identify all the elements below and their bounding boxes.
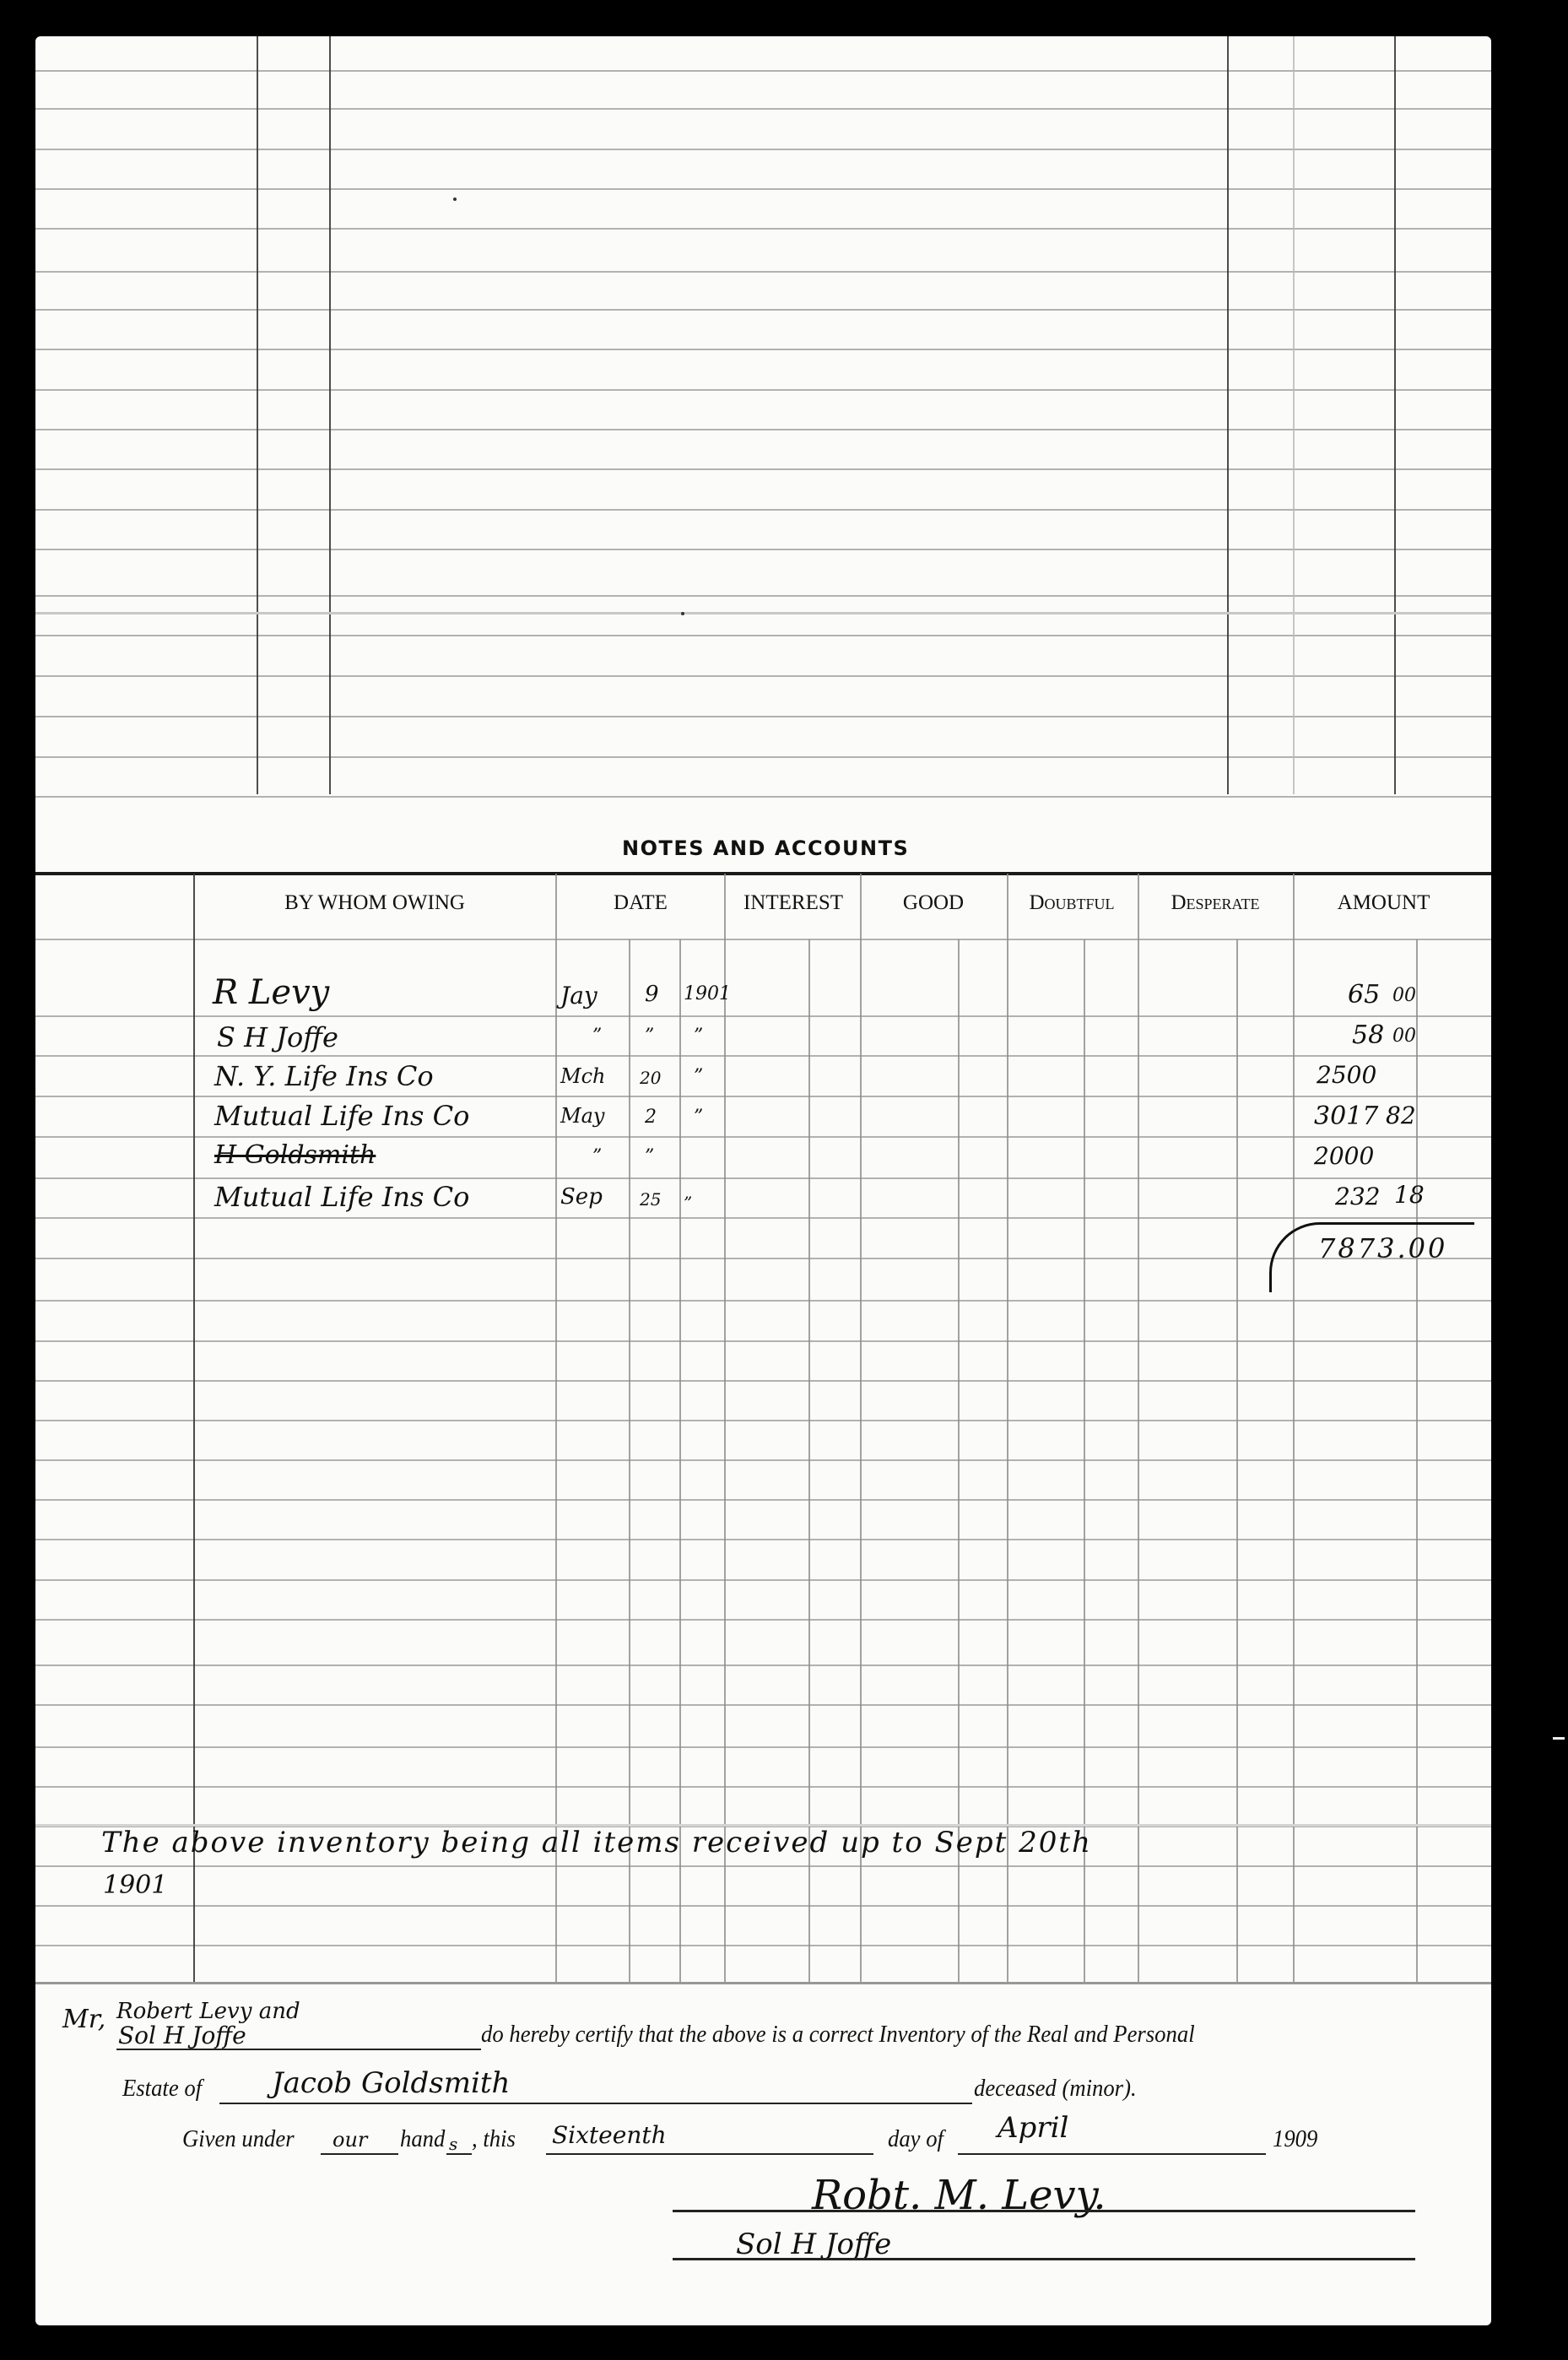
date-day: 9 — [645, 982, 659, 1007]
signature-line-1 — [673, 2210, 1415, 2212]
signature-line-2 — [673, 2258, 1415, 2260]
amount-cents: 18 — [1394, 1181, 1425, 1209]
amount-dollars: 58 — [1352, 1020, 1384, 1050]
column-header-by-whom-owing: BY WHOM OWING — [193, 891, 556, 915]
inventory-note-line2: 1901 — [103, 1870, 167, 1900]
amount-dollars: 2000 — [1314, 1142, 1374, 1170]
edge-mark — [1553, 1737, 1565, 1740]
date-year: ” — [694, 1066, 703, 1087]
hands-suffix: s — [449, 2134, 457, 2154]
this-text: , this — [472, 2125, 516, 2153]
column-header-interest: INTEREST — [726, 891, 861, 915]
amount-cents: 00 — [1392, 985, 1416, 1006]
cert-names-line1: Robert Levy and — [116, 1999, 300, 2024]
inventory-note-line1: The above inventory being all items rece… — [101, 1826, 1092, 1859]
column-header-doubtful: Doubtful — [1006, 891, 1138, 915]
signature-2: Sol H Joffe — [736, 2227, 891, 2261]
amount-total: 7873.00 — [1318, 1232, 1447, 1264]
date-year: ” — [694, 1107, 703, 1128]
section-rule — [35, 872, 1491, 875]
date-day: 2 — [645, 1107, 657, 1128]
year-text: 1909 — [1273, 2125, 1317, 2153]
amount-dollars: 232 — [1335, 1183, 1380, 1210]
cert-names-line2: Sol H Joffe — [118, 2022, 246, 2049]
column-header-date: DATE — [556, 891, 725, 915]
owing-name: Mutual Life Ins Co — [214, 1100, 469, 1132]
date-year: ” — [694, 1026, 703, 1047]
date-month: ” — [592, 1146, 602, 1167]
date-year: 1901 — [684, 983, 731, 1004]
page-fold — [35, 612, 1491, 614]
estate-name: Jacob Goldsmith — [272, 2066, 510, 2100]
month-value: April — [998, 2111, 1068, 2145]
amount-cents: 82 — [1386, 1102, 1416, 1129]
section-title: NOTES AND ACCOUNTS — [622, 836, 909, 860]
date-month: Sep — [560, 1184, 603, 1210]
date-month: Jay — [560, 982, 597, 1009]
given-under-value: our — [333, 2128, 367, 2152]
date-month: Mch — [560, 1064, 605, 1088]
owing-name: H Goldsmith — [214, 1140, 376, 1170]
day-of-text: day of — [888, 2125, 944, 2153]
amount-dollars: 3017 — [1314, 1102, 1378, 1131]
column-header-good: GOOD — [861, 891, 1006, 915]
deceased-text: deceased (minor). — [974, 2075, 1137, 2103]
date-month: ” — [592, 1026, 602, 1047]
day-value: Sixteenth — [552, 2121, 667, 2149]
owing-name: Mutual Life Ins Co — [214, 1181, 469, 1213]
estate-label: Estate of — [122, 2075, 202, 2103]
column-header-desperate: Desperate — [1138, 891, 1293, 915]
date-month: May — [560, 1104, 604, 1128]
amount-dollars: 2500 — [1317, 1061, 1376, 1089]
given-under-text: Given under — [182, 2125, 295, 2153]
date-day: 20 — [640, 1068, 661, 1088]
date-year: ” — [684, 1193, 692, 1213]
column-header-amount: AMOUNT — [1293, 891, 1474, 915]
date-day: ” — [645, 1146, 654, 1167]
owing-name: R Levy — [213, 973, 329, 1012]
cert-prefix: Mr, — [62, 2005, 105, 2034]
amount-cents: 00 — [1392, 1026, 1416, 1047]
owing-name: S H Joffe — [217, 1021, 338, 1053]
inventory-form-page: NOTES AND ACCOUNTS BY WHOM OWING DATE IN… — [35, 36, 1491, 2325]
hands-text: hand — [400, 2125, 445, 2153]
owing-name: N. Y. Life Ins Co — [214, 1060, 434, 1092]
certify-text: do hereby certify that the above is a co… — [481, 2021, 1195, 2049]
date-day: 25 — [640, 1189, 661, 1210]
amount-dollars: 65 — [1348, 980, 1380, 1009]
date-day: ” — [645, 1026, 654, 1047]
